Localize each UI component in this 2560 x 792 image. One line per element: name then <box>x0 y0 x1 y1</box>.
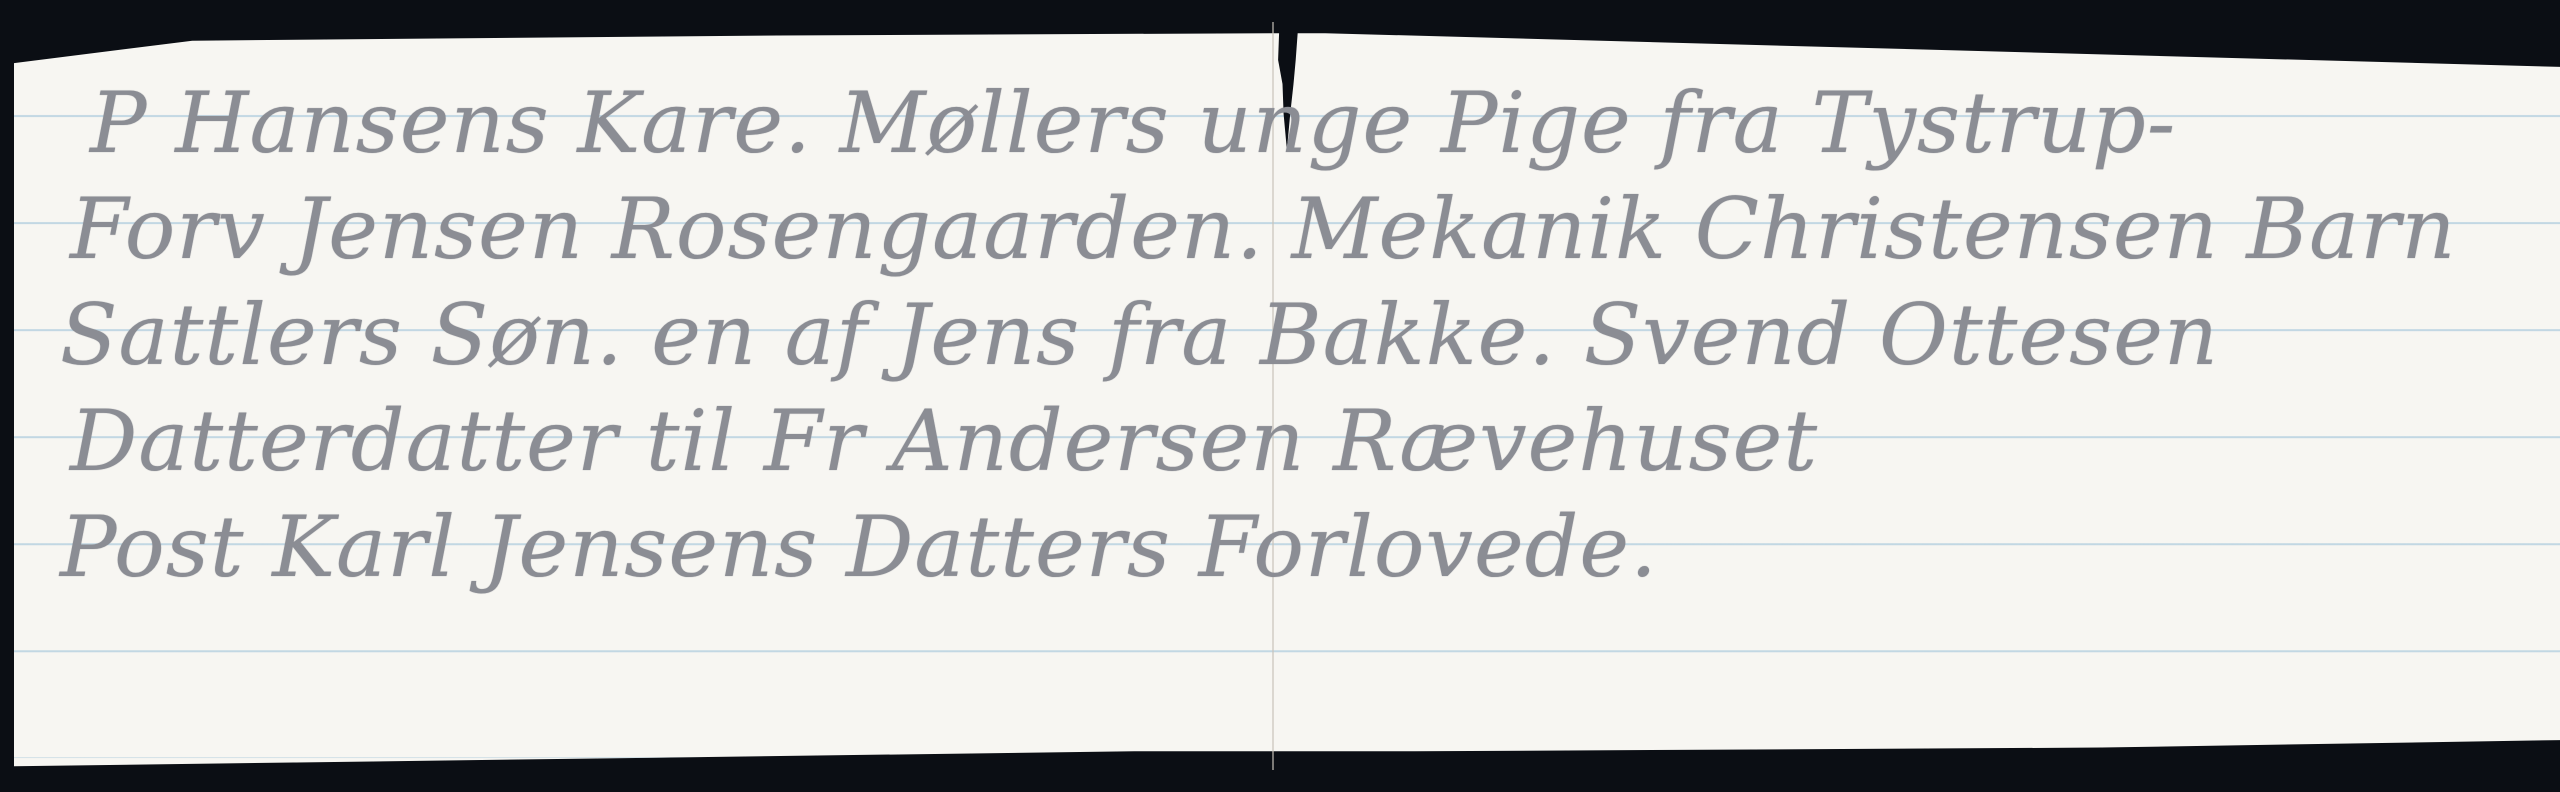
handwritten-line-1: P Hansens Kare. Møllers unge Pige fra Ty… <box>50 70 2490 176</box>
handwritten-line-5: Post Karl Jensens Datters Forlovede. <box>50 494 2490 600</box>
handwritten-line-4: Datterdatter til Fr Andersen Rævehuset <box>50 388 2490 494</box>
scanned-document: P Hansens Kare. Møllers unge Pige fra Ty… <box>0 0 2560 792</box>
handwritten-line-2: Forv Jensen Rosengaarden. Mekanik Christ… <box>50 176 2490 282</box>
handwritten-text: P Hansens Kare. Møllers unge Pige fra Ty… <box>50 70 2490 600</box>
handwritten-line-3: Sattlers Søn. en af Jens fra Bakke. Sven… <box>50 282 2490 388</box>
